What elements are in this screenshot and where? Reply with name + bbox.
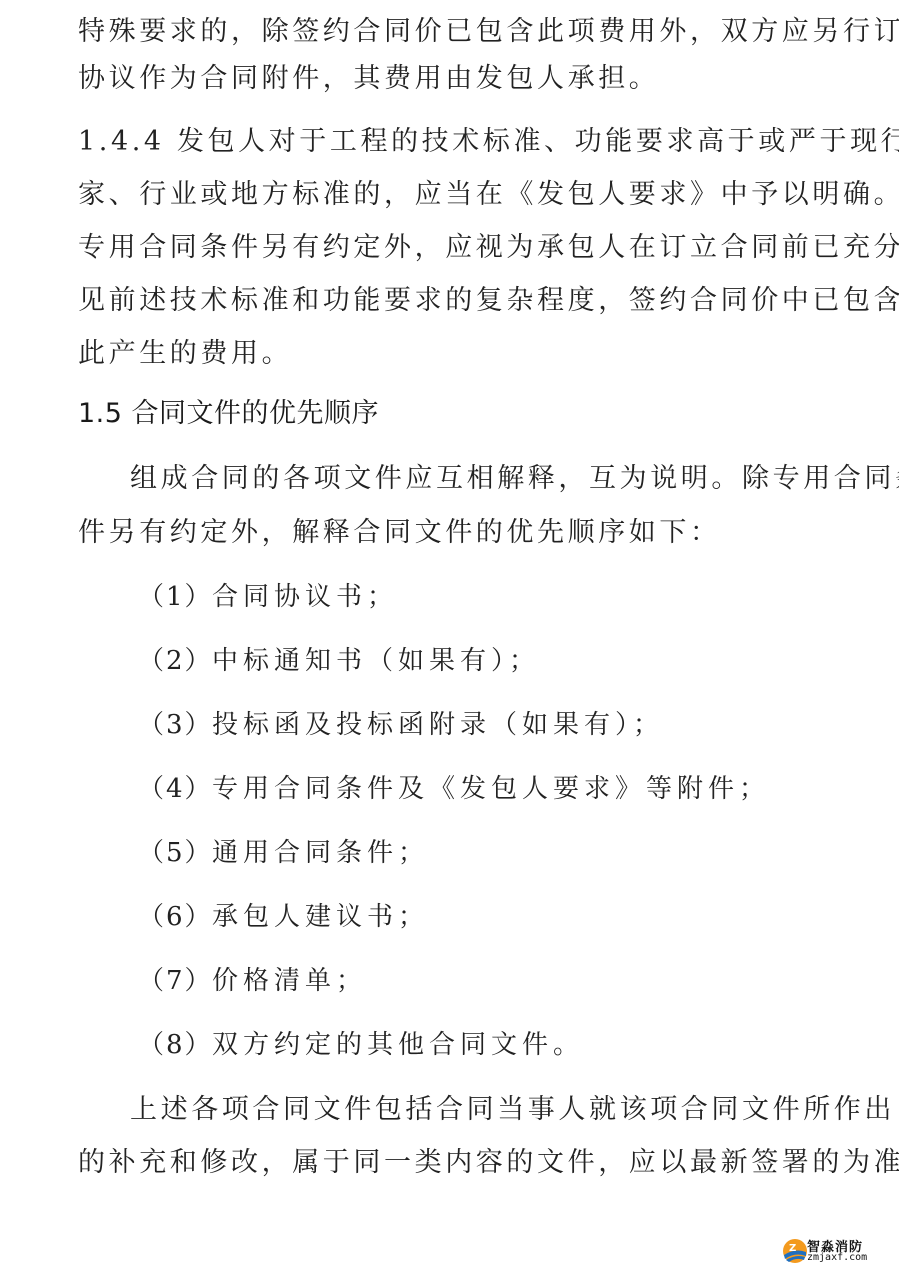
intro-line: 件另有约定外，解释合同文件的优先顺序如下：	[78, 515, 721, 551]
zm-logo-icon: Z	[782, 1238, 808, 1264]
list-number: （1）	[138, 579, 212, 615]
closing-line: 的补充和修改，属于同一类内容的文件，应以最新签署的为准。	[78, 1145, 899, 1181]
section-heading: 1.5 合同文件的优先顺序	[78, 396, 379, 432]
list-number: （3）	[138, 707, 212, 743]
list-item: （1）合同协议书；	[138, 579, 398, 615]
paragraph-line: 协议作为合同附件，其费用由发包人承担。	[78, 61, 659, 97]
watermark-url: zmjaxf.com	[807, 1252, 867, 1263]
list-number: （4）	[138, 771, 212, 807]
list-number: （5）	[138, 835, 212, 871]
list-item: （5）通用合同条件；	[138, 835, 429, 871]
list-item: （8）双方约定的其他合同文件。	[138, 1027, 584, 1063]
svg-text:Z: Z	[789, 1243, 796, 1254]
paragraph-line: 特殊要求的，除签约合同价已包含此项费用外，双方应另行订立	[78, 14, 899, 50]
list-item: （4）专用合同条件及《发包人要求》等附件；	[138, 771, 770, 807]
list-text: 双方约定的其他合同文件。	[212, 1030, 584, 1060]
list-text: 合同协议书；	[212, 582, 398, 612]
list-text: 中标通知书（如果有）；	[212, 646, 540, 676]
clause-1-4-4-line: 1.4.4 发包人对于工程的技术标准、功能要求高于或严于现行国	[78, 124, 899, 160]
list-item: （3）投标函及投标函附录（如果有）；	[138, 707, 664, 743]
list-text: 承包人建议书；	[212, 902, 429, 932]
list-text: 通用合同条件；	[212, 838, 429, 868]
watermark: Z 智淼消防 zmjaxf.com	[782, 1236, 892, 1266]
clause-1-4-4-line: 此产生的费用。	[78, 336, 292, 372]
clause-1-4-4-line: 家、行业或地方标准的，应当在《发包人要求》中予以明确。除	[78, 177, 899, 213]
list-item: （6）承包人建议书；	[138, 899, 429, 935]
intro-line: 组成合同的各项文件应互相解释，互为说明。除专用合同条	[130, 461, 899, 497]
closing-line: 上述各项合同文件包括合同当事人就该项合同文件所作出	[130, 1092, 895, 1128]
clause-1-4-4-line: 见前述技术标准和功能要求的复杂程度，签约合同价中已包含由	[78, 283, 899, 319]
list-item: （2）中标通知书（如果有）；	[138, 643, 540, 679]
list-text: 投标函及投标函附录（如果有）；	[212, 710, 664, 740]
list-number: （8）	[138, 1027, 212, 1063]
list-text: 价格清单；	[212, 966, 367, 996]
list-item: （7）价格清单；	[138, 963, 367, 999]
document-page: 特殊要求的，除签约合同价已包含此项费用外，双方应另行订立 协议作为合同附件，其费…	[0, 0, 899, 1274]
clause-1-4-4-line: 专用合同条件另有约定外，应视为承包人在订立合同前已充分预	[78, 230, 899, 266]
list-number: （2）	[138, 643, 212, 679]
list-number: （7）	[138, 963, 212, 999]
list-text: 专用合同条件及《发包人要求》等附件；	[212, 774, 770, 804]
list-number: （6）	[138, 899, 212, 935]
